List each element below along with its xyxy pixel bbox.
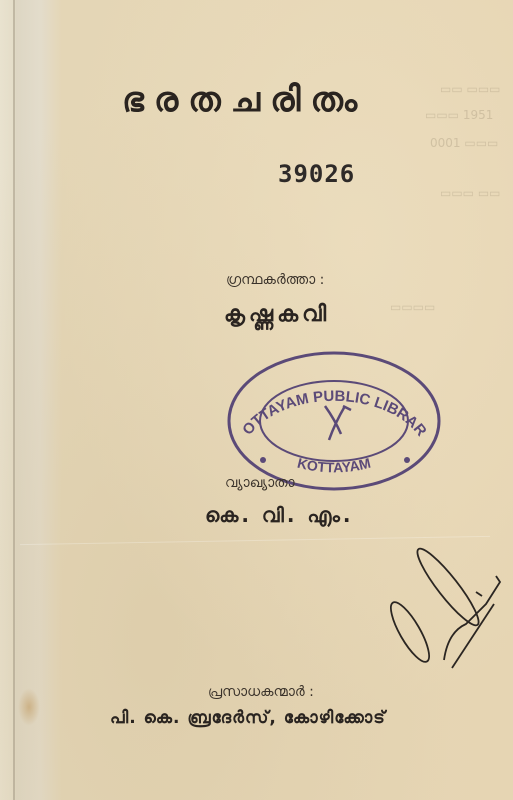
bleed-through-text: 0001 ▭▭▭: [430, 136, 498, 150]
bleed-through-text: ▭▭ ▭▭▭: [440, 82, 501, 96]
handwritten-signature: [378, 532, 508, 672]
binding-edge: [13, 0, 15, 800]
stamp-x-mark: [325, 406, 351, 440]
stamp-top-text: KOTTAYAM PUBLIC LIBRARY: [225, 348, 430, 440]
stamp-bottom-text: KOTTAYAM: [296, 455, 372, 476]
scanned-title-page: ▭▭ ▭▭▭ ▭▭▭ 1951 0001 ▭▭▭ ▭▭▭ ▭▭ ▭▭▭▭ ഭരത…: [0, 0, 513, 800]
publisher-name: പി. കെ. ബ്രദേർസ്, കോഴിക്കോട്: [110, 708, 386, 728]
paper-stain: [18, 688, 40, 726]
commentator-name: കെ. വി. എം.: [205, 503, 353, 527]
author-name: കൃഷ്ണകവി: [224, 302, 330, 327]
author-label: ഗ്രന്ഥകർത്താ :: [226, 272, 324, 288]
bleed-through-text: ▭▭▭ 1951: [425, 108, 493, 122]
library-stamp: KOTTAYAM PUBLIC LIBRARY KOTTAYAM: [225, 348, 443, 494]
bleed-through-text: ▭▭▭ ▭▭: [440, 186, 501, 200]
publisher-label: പ്രസാധകന്മാർ :: [208, 684, 314, 700]
accession-number: 39026: [278, 160, 355, 188]
bleed-through-text: ▭▭▭▭: [390, 300, 435, 314]
book-title: ഭരതചരിതം: [122, 80, 367, 120]
commentator-label: വ്യാഖ്യാതാ: [225, 475, 295, 491]
